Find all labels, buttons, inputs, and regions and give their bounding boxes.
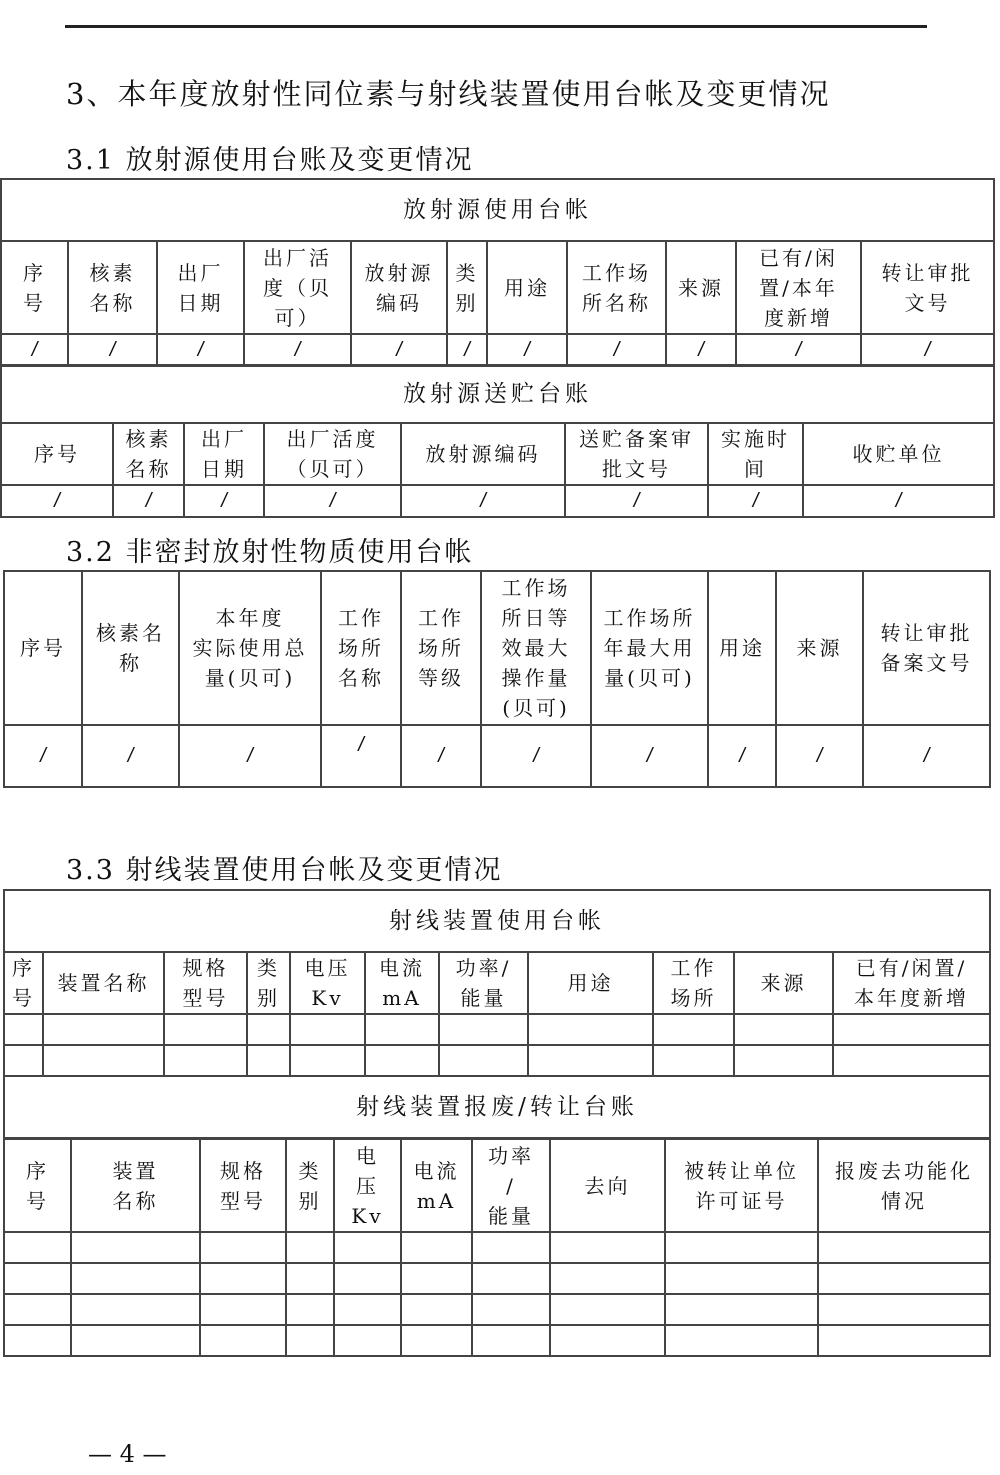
table-cell[interactable]: / xyxy=(863,725,990,787)
header-line: 日期 xyxy=(185,454,263,484)
header-line: 所名称 xyxy=(568,288,665,318)
header-cell: 来源 xyxy=(776,571,863,725)
header-cell: 工作场所 xyxy=(653,952,734,1014)
header-cell: 来源 xyxy=(734,952,833,1014)
header-line: 量(贝可) xyxy=(592,663,707,693)
header-line: 效最大 xyxy=(482,633,590,663)
header-line: 能量 xyxy=(440,983,527,1013)
header-cell: 工作场所日等效最大操作量(贝可) xyxy=(481,571,591,725)
header-cell: 电压Kv xyxy=(290,952,365,1014)
table-cell[interactable]: / xyxy=(264,485,401,517)
header-line: 电流 xyxy=(402,1156,471,1186)
header-cell: 已有/闲置/本年度新增 xyxy=(833,952,990,1014)
table-cell[interactable] xyxy=(4,1045,43,1076)
header-cell: 用途 xyxy=(528,952,653,1014)
table-row xyxy=(4,1045,990,1076)
table-cell[interactable]: / xyxy=(113,485,184,517)
header-cell: 已有/闲置/本年度新增 xyxy=(736,241,861,334)
table-cell[interactable] xyxy=(550,1232,665,1263)
header-line: 去向 xyxy=(551,1171,664,1201)
table-cell[interactable] xyxy=(665,1232,818,1263)
table-cell[interactable] xyxy=(653,1045,734,1076)
header-line: 序 xyxy=(5,1156,70,1186)
table-cell[interactable]: / xyxy=(447,334,487,366)
header-line: 别 xyxy=(248,983,289,1013)
table-cell[interactable] xyxy=(734,1014,833,1045)
radioactive-source-disposal-table: 放射源送贮台账 序号 核素名称 出厂日期 出厂活度（贝可） 放射源编码 送贮备案… xyxy=(0,364,995,518)
header-cell: 送贮备案审批文号 xyxy=(565,423,708,485)
header-line: 型号 xyxy=(201,1186,285,1216)
header-line: 出厂活 xyxy=(245,243,350,273)
header-cell: 规格型号 xyxy=(164,952,247,1014)
table-cell[interactable] xyxy=(4,1294,71,1325)
header-line: 来源 xyxy=(735,968,832,998)
header-cell: 类别 xyxy=(247,952,290,1014)
header-line: 功率/ xyxy=(440,953,527,983)
header-line: 来源 xyxy=(777,633,862,663)
table-cell[interactable] xyxy=(550,1263,665,1294)
header-cell: 本年度实际使用总量(贝可) xyxy=(179,571,321,725)
table-cell[interactable] xyxy=(439,1014,528,1045)
table-cell[interactable] xyxy=(164,1045,247,1076)
header-cell: 实施时间 xyxy=(708,423,803,485)
header-cell: 工作场所年最大用量(贝可) xyxy=(591,571,708,725)
table-cell[interactable]: / xyxy=(565,485,708,517)
header-line: 装置名称 xyxy=(44,968,163,998)
table-cell[interactable]: / xyxy=(487,334,567,366)
table-cell[interactable]: / xyxy=(321,725,401,787)
header-cell: 序号 xyxy=(4,952,43,1014)
header-line: 场所 xyxy=(654,983,733,1013)
header-cell: 收贮单位 xyxy=(803,423,994,485)
header-line: 能量 xyxy=(473,1201,549,1231)
header-cell: 核素名称 xyxy=(113,423,184,485)
header-line: 间 xyxy=(709,454,802,484)
table-cell[interactable]: / xyxy=(1,485,113,517)
header-line: 出厂活度 xyxy=(265,424,400,454)
header-cell: 序号 xyxy=(1,423,113,485)
header-line: 名称 xyxy=(69,288,156,318)
table-cell[interactable]: / xyxy=(351,334,447,366)
header-line: 本年度新增 xyxy=(834,983,989,1013)
header-line: 情况 xyxy=(819,1186,989,1216)
header-line: 收贮单位 xyxy=(804,439,993,469)
header-line: 出厂 xyxy=(158,258,243,288)
header-line: 工作 xyxy=(654,953,733,983)
header-line: 许可证号 xyxy=(666,1186,817,1216)
table-cell[interactable]: / xyxy=(591,725,708,787)
table-cell[interactable] xyxy=(286,1325,334,1356)
table-cell[interactable] xyxy=(472,1294,550,1325)
table-cell[interactable] xyxy=(286,1294,334,1325)
header-line: 编码 xyxy=(352,288,446,318)
table-cell[interactable] xyxy=(365,1045,439,1076)
header-line: 序 xyxy=(5,953,42,983)
header-line: 文号 xyxy=(862,288,993,318)
header-cell: 装置名称 xyxy=(71,1139,200,1232)
header-line: 号 xyxy=(2,288,67,318)
table-cell[interactable]: / xyxy=(736,334,861,366)
header-line: 电 xyxy=(335,1141,400,1171)
header-line: 备案文号 xyxy=(864,648,989,678)
table-cell[interactable] xyxy=(247,1045,290,1076)
header-line: 批文号 xyxy=(566,454,707,484)
header-cell: 核素名称 xyxy=(68,241,157,334)
header-line: 功率 xyxy=(473,1141,549,1171)
header-line: 置/本年 xyxy=(737,273,860,303)
header-cell: 核素名称 xyxy=(82,571,179,725)
header-line: 放射源 xyxy=(352,258,446,288)
header-line: 名称 xyxy=(72,1186,199,1216)
table-cell[interactable] xyxy=(665,1263,818,1294)
header-cell: 出厂日期 xyxy=(184,423,264,485)
header-line: 型号 xyxy=(165,983,246,1013)
table-cell[interactable] xyxy=(334,1294,401,1325)
table-cell[interactable] xyxy=(472,1263,550,1294)
header-line: 来源 xyxy=(667,273,735,303)
table-cell[interactable] xyxy=(401,1232,472,1263)
header-cell: 电压Kv xyxy=(334,1139,401,1232)
table-cell[interactable]: / xyxy=(244,334,351,366)
unsealed-material-usage-table: 序号 核素名称 本年度实际使用总量(贝可) 工作场所名称 工作场所等级 工作场所… xyxy=(3,570,991,788)
table-title: 放射源使用台帐 xyxy=(1,179,994,241)
table-cell[interactable]: / xyxy=(401,485,565,517)
header-line: 电流 xyxy=(366,953,438,983)
table-cell[interactable] xyxy=(472,1325,550,1356)
radioactive-source-usage-table: 放射源使用台帐 序号 核素名称 出厂日期 出厂活度（贝可） 放射源编码 类别 用… xyxy=(0,178,995,367)
table-title: 射线装置使用台帐 xyxy=(4,890,990,952)
header-line: 用途 xyxy=(488,273,566,303)
header-line: 序号 xyxy=(2,439,112,469)
table-cell[interactable]: / xyxy=(567,334,666,366)
table-cell[interactable] xyxy=(4,1325,71,1356)
header-cell: 放射源编码 xyxy=(401,423,565,485)
header-line: 度（贝 xyxy=(245,273,350,303)
table-cell[interactable] xyxy=(43,1045,164,1076)
header-line: 称 xyxy=(83,648,178,678)
header-row: 序号 装置名称 规格型号 类别 电压Kv 电流mA 功率/能量 用途 工作场所 … xyxy=(4,952,990,1014)
header-line: mA xyxy=(366,983,438,1013)
header-cell: 出厂活度（贝可） xyxy=(264,423,401,485)
header-line: 别 xyxy=(448,288,486,318)
table-cell[interactable] xyxy=(528,1045,653,1076)
header-line: 序 xyxy=(2,258,67,288)
table-cell[interactable] xyxy=(286,1232,334,1263)
header-cell: 序号 xyxy=(4,1139,71,1232)
table-cell[interactable] xyxy=(290,1014,365,1045)
section-3-2-heading: 3.2 非密封放射性物质使用台帐 xyxy=(66,530,474,569)
header-line: 名称 xyxy=(322,663,400,693)
header-line: 操作量 xyxy=(482,663,590,693)
table-cell[interactable]: / xyxy=(803,485,994,517)
header-line: 已有/闲 xyxy=(737,243,860,273)
header-line: 工作场 xyxy=(482,573,590,603)
header-cell: 放射源编码 xyxy=(351,241,447,334)
table-cell[interactable]: / xyxy=(4,725,82,787)
header-line: 本年度 xyxy=(180,603,320,633)
table-cell[interactable] xyxy=(818,1263,990,1294)
header-cell: 工作场所名称 xyxy=(567,241,666,334)
header-line: 规格 xyxy=(165,953,246,983)
header-line: 工作 xyxy=(402,603,480,633)
header-line: 实际使用总 xyxy=(180,633,320,663)
header-cell: 功率/能量 xyxy=(472,1139,550,1232)
header-line: 名称 xyxy=(114,454,183,484)
header-line: 实施时 xyxy=(709,424,802,454)
header-line: (贝可) xyxy=(482,693,590,723)
header-line: 出厂 xyxy=(185,424,263,454)
table-row xyxy=(4,1294,990,1325)
header-line: 类 xyxy=(248,953,289,983)
table-cell[interactable]: / xyxy=(184,485,264,517)
header-line: 号 xyxy=(5,1186,70,1216)
header-line: Kv xyxy=(335,1201,400,1231)
table-cell[interactable] xyxy=(164,1014,247,1045)
table-cell[interactable]: / xyxy=(708,485,803,517)
header-line: 被转让单位 xyxy=(666,1156,817,1186)
header-cell: 装置名称 xyxy=(43,952,164,1014)
header-line: / xyxy=(473,1171,549,1201)
header-cell: 被转让单位许可证号 xyxy=(665,1139,818,1232)
header-line: 放射源编码 xyxy=(402,439,564,469)
table-cell[interactable] xyxy=(71,1294,200,1325)
header-line: 电压 xyxy=(291,953,364,983)
header-line: 核素名 xyxy=(83,618,178,648)
header-line: 工作场所 xyxy=(592,603,707,633)
table-cell[interactable] xyxy=(833,1045,990,1076)
header-line: 年最大用 xyxy=(592,633,707,663)
table-cell[interactable] xyxy=(334,1232,401,1263)
header-line: 转让审批 xyxy=(864,618,989,648)
header-line: 场所 xyxy=(402,633,480,663)
table-cell[interactable]: / xyxy=(157,334,244,366)
header-line: 用途 xyxy=(529,968,652,998)
table-cell[interactable]: / xyxy=(666,334,736,366)
table-cell[interactable]: / xyxy=(776,725,863,787)
header-line: 工作场 xyxy=(568,258,665,288)
header-cell: 用途 xyxy=(487,241,567,334)
header-line: 类 xyxy=(448,258,486,288)
header-line: 送贮备案审 xyxy=(566,424,707,454)
table-cell[interactable] xyxy=(286,1263,334,1294)
header-line: 号 xyxy=(5,983,42,1013)
table-cell[interactable] xyxy=(43,1014,164,1045)
header-cell: 报废去功能化情况 xyxy=(818,1139,990,1232)
table-cell[interactable] xyxy=(665,1325,818,1356)
header-line: 度新增 xyxy=(737,303,860,333)
header-line: 转让审批 xyxy=(862,258,993,288)
header-line: 规格 xyxy=(201,1156,285,1186)
header-line: 量(贝可) xyxy=(180,663,320,693)
header-cell: 来源 xyxy=(666,241,736,334)
table-cell[interactable]: / xyxy=(68,334,157,366)
table-cell[interactable]: / xyxy=(481,725,591,787)
header-cell: 电流mA xyxy=(401,1139,472,1232)
header-row: 序号 核素名称 出厂日期 出厂活度（贝可） 放射源编码 类别 用途 工作场所名称… xyxy=(1,241,994,334)
table-cell[interactable] xyxy=(818,1294,990,1325)
header-line: 装置 xyxy=(72,1156,199,1186)
table-cell[interactable] xyxy=(665,1294,818,1325)
header-line: 核素 xyxy=(69,258,156,288)
table-cell[interactable]: / xyxy=(401,725,481,787)
table-cell[interactable]: / xyxy=(179,725,321,787)
header-line: Kv xyxy=(291,983,364,1013)
table-cell[interactable]: / xyxy=(82,725,179,787)
table-cell[interactable] xyxy=(4,1014,43,1045)
ray-device-usage-table: 射线装置使用台帐 序号 装置名称 规格型号 类别 电压Kv 电流mA 功率/能量… xyxy=(3,889,991,1139)
table-cell[interactable]: / xyxy=(708,725,776,787)
table-cell[interactable] xyxy=(200,1325,286,1356)
table-cell[interactable] xyxy=(818,1232,990,1263)
table-cell[interactable] xyxy=(653,1014,734,1045)
section-3-3-heading: 3.3 射线装置使用台帐及变更情况 xyxy=(66,848,503,887)
header-line: 已有/闲置/ xyxy=(834,953,989,983)
table-row xyxy=(4,1325,990,1356)
header-row: 序号 核素名称 本年度实际使用总量(贝可) 工作场所名称 工作场所等级 工作场所… xyxy=(4,571,990,725)
header-line: 可） xyxy=(245,303,350,333)
table-row: / / / / / / / / xyxy=(1,485,994,517)
table-cell[interactable] xyxy=(200,1263,286,1294)
header-line: 日期 xyxy=(158,288,243,318)
table-row xyxy=(4,1232,990,1263)
table-row: / / / / / / / / / / xyxy=(4,725,990,787)
header-cell: 类别 xyxy=(286,1139,334,1232)
table-row xyxy=(4,1014,990,1045)
table-cell[interactable] xyxy=(290,1045,365,1076)
header-rule xyxy=(65,25,927,28)
header-cell: 出厂日期 xyxy=(157,241,244,334)
header-line: 核素 xyxy=(114,424,183,454)
header-row: 序号 核素名称 出厂日期 出厂活度（贝可） 放射源编码 送贮备案审批文号 实施时… xyxy=(1,423,994,485)
table-cell[interactable] xyxy=(401,1325,472,1356)
header-line: 序号 xyxy=(5,633,81,663)
header-cell: 功率/能量 xyxy=(439,952,528,1014)
header-cell: 规格型号 xyxy=(200,1139,286,1232)
table-cell[interactable] xyxy=(247,1014,290,1045)
table-title: 射线装置报废/转让台账 xyxy=(4,1076,990,1138)
header-line: 工作 xyxy=(322,603,400,633)
header-line: mA xyxy=(402,1186,471,1216)
header-cell: 出厂活度（贝可） xyxy=(244,241,351,334)
header-cell: 序号 xyxy=(4,571,82,725)
table-cell[interactable] xyxy=(71,1232,200,1263)
header-line: 压 xyxy=(335,1171,400,1201)
ray-device-scrap-transfer-table: 序号 装置名称 规格型号 类别 电压Kv 电流mA 功率/能量 去向 被转让单位… xyxy=(3,1138,991,1357)
table-cell[interactable] xyxy=(734,1045,833,1076)
header-line: 场所 xyxy=(322,633,400,663)
header-line: 类 xyxy=(287,1156,333,1186)
table-cell[interactable] xyxy=(71,1325,200,1356)
main-heading: 3、本年度放射性同位素与射线装置使用台帐及变更情况 xyxy=(66,72,830,113)
table-cell[interactable] xyxy=(401,1263,472,1294)
table-cell[interactable] xyxy=(439,1045,528,1076)
header-cell: 类别 xyxy=(447,241,487,334)
header-cell: 序号 xyxy=(1,241,68,334)
table-cell[interactable] xyxy=(200,1232,286,1263)
table-cell[interactable] xyxy=(4,1263,71,1294)
header-cell: 工作场所等级 xyxy=(401,571,481,725)
table-cell[interactable] xyxy=(71,1263,200,1294)
table-cell[interactable]: / xyxy=(861,334,994,366)
table-cell[interactable] xyxy=(334,1263,401,1294)
header-cell: 电流mA xyxy=(365,952,439,1014)
header-cell: 去向 xyxy=(550,1139,665,1232)
table-cell[interactable] xyxy=(472,1232,550,1263)
table-cell[interactable]: / xyxy=(1,334,68,366)
table-cell[interactable] xyxy=(334,1325,401,1356)
header-line: 别 xyxy=(287,1186,333,1216)
table-row xyxy=(4,1263,990,1294)
header-cell: 用途 xyxy=(708,571,776,725)
header-cell: 转让审批备案文号 xyxy=(863,571,990,725)
table-cell[interactable] xyxy=(365,1014,439,1045)
header-line: （贝可） xyxy=(265,454,400,484)
table-row: / / / / / / / / / / / xyxy=(1,334,994,366)
table-title: 放射源送贮台账 xyxy=(1,365,994,423)
page-number: — 4 — xyxy=(88,1440,167,1468)
header-cell: 工作场所名称 xyxy=(321,571,401,725)
table-cell[interactable] xyxy=(833,1014,990,1045)
header-line: 用途 xyxy=(709,633,775,663)
table-cell[interactable] xyxy=(4,1232,71,1263)
table-cell[interactable] xyxy=(550,1294,665,1325)
table-cell[interactable] xyxy=(528,1014,653,1045)
table-cell[interactable] xyxy=(401,1294,472,1325)
header-line: 所日等 xyxy=(482,603,590,633)
table-cell[interactable] xyxy=(200,1294,286,1325)
header-cell: 转让审批文号 xyxy=(861,241,994,334)
table-cell[interactable] xyxy=(818,1325,990,1356)
header-row: 序号 装置名称 规格型号 类别 电压Kv 电流mA 功率/能量 去向 被转让单位… xyxy=(4,1139,990,1232)
header-line: 等级 xyxy=(402,663,480,693)
header-line: 报废去功能化 xyxy=(819,1156,989,1186)
section-3-1-heading: 3.1 放射源使用台账及变更情况 xyxy=(66,138,474,177)
table-cell[interactable] xyxy=(550,1325,665,1356)
